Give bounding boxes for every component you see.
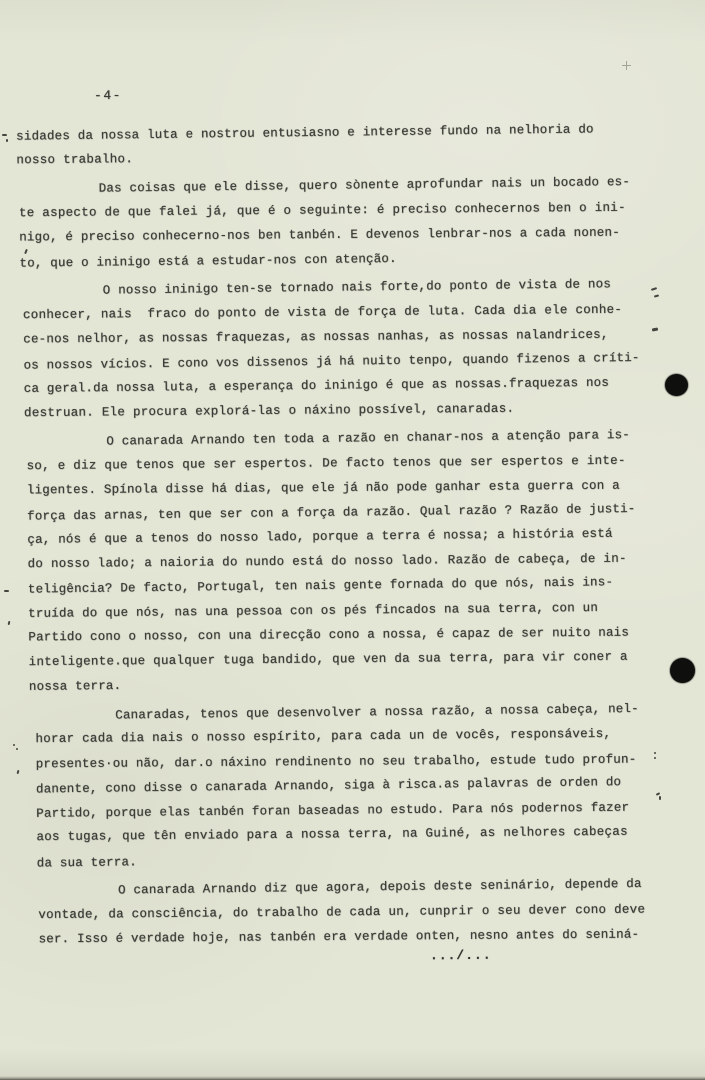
paragraph: O canarada Arnando ten toda a razão en c…: [26, 423, 677, 699]
continuation-mark: .../...: [430, 948, 492, 964]
text-line: nosso trabalho.: [16, 142, 671, 172]
ink-speck: [654, 757, 656, 759]
ink-speck: [16, 748, 18, 750]
ink-speck: [6, 139, 8, 142]
ink-speck: [654, 752, 656, 754]
ink-speck: [13, 744, 15, 746]
paragraph: Das coisas que ele disse, quero sònente …: [19, 170, 673, 275]
ink-speck: [4, 590, 9, 592]
page-number: -4-: [94, 88, 122, 103]
ink-blot: [670, 658, 695, 683]
text-line: ser. Isso é verdade hoje, nas tanbén era…: [38, 922, 679, 952]
paragraph: O canarada Arnando diz que agora, depois…: [38, 872, 680, 952]
registration-cross-mark: [622, 61, 631, 70]
paragraph: Canaradas, tenos que desenvolver a nossa…: [35, 697, 679, 875]
ink-speck: [659, 796, 661, 800]
document-body: sidades da nossa luta e nostrou entusias…: [16, 117, 680, 952]
page-bottom-edge-shadow: [0, 1076, 705, 1080]
paragraph: sidades da nossa luta e nostrou entusias…: [16, 117, 671, 173]
ink-blot: [665, 374, 688, 396]
text-line: inteligente.que qualquer tuga bandido, q…: [29, 644, 677, 674]
paragraph: O nosso ininigo ten-se tornado nais fort…: [23, 272, 675, 426]
ink-speck: [2, 134, 7, 136]
text-line: destruan. Ele procura explorá-las o náxi…: [24, 395, 674, 425]
